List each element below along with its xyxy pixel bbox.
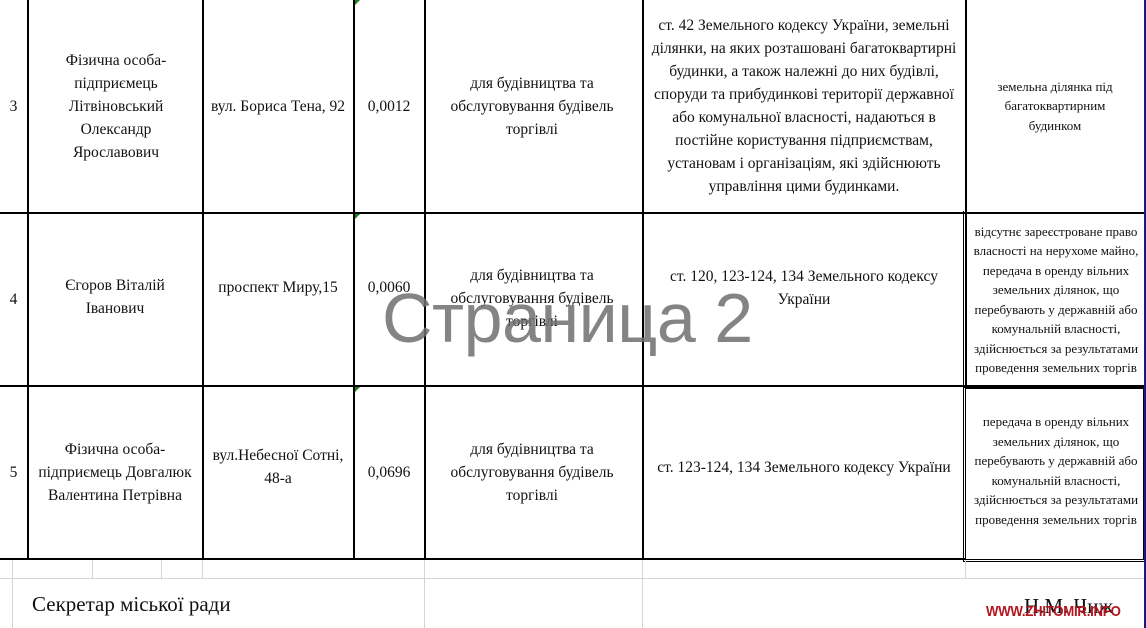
cell-row3-note[interactable]: земельна ділянка під багатоквартирним бу… [966, 0, 1144, 212]
tenant-name: Фізична особа-підприємець Довгалюк Вален… [30, 438, 200, 507]
note-box-row5 [963, 386, 1146, 562]
cell-row5-address[interactable]: вул.Небесної Сотні, 48-а [203, 388, 353, 558]
cell-row3-legal[interactable]: ст. 42 Земельного кодексу України, земел… [646, 0, 962, 212]
cell-row3-name[interactable]: Фізична особа-підприємець Літвіновський … [36, 0, 196, 212]
gridline [965, 560, 966, 578]
gridline [202, 560, 203, 578]
cell-row3-purpose[interactable]: для будівництва та обслуговування будіве… [432, 0, 632, 212]
address: проспект Миру,15 [218, 276, 337, 299]
gridline [424, 560, 425, 628]
area-value: 0,0696 [368, 461, 411, 484]
row-border [0, 558, 966, 560]
tenant-name: Фізична особа-підприємець Літвіновський … [36, 49, 196, 164]
cell-comment-marker [355, 214, 360, 219]
row-number: 3 [10, 95, 18, 118]
cell-row4-name[interactable]: Єгоров Віталій Іванович [40, 214, 190, 385]
row-number: 5 [10, 461, 18, 484]
address: вул.Небесної Сотні, 48-а [203, 444, 353, 490]
legal-basis: ст. 42 Земельного кодексу України, земел… [646, 14, 962, 198]
cell-row5-legal[interactable]: ст. 123-124, 134 Земельного кодексу Укра… [650, 388, 958, 558]
cell-row4-num[interactable]: 4 [0, 214, 27, 385]
gridline [0, 578, 1144, 579]
cell-row5-num[interactable]: 5 [0, 388, 27, 558]
page-watermark: Страница 2 [382, 283, 753, 353]
spreadsheet-page: 3 Фізична особа-підприємець Літвіновськи… [0, 0, 1146, 628]
cell-row3-address[interactable]: вул. Бориса Тена, 92 [203, 0, 353, 212]
cell-row4-address[interactable]: проспект Миру,15 [203, 214, 353, 385]
cell-row3-num[interactable]: 3 [0, 0, 27, 212]
purpose: для будівництва та обслуговування будіве… [432, 438, 632, 507]
legal-basis: ст. 123-124, 134 Земельного кодексу Укра… [657, 456, 950, 479]
note: земельна ділянка під багатоквартирним бу… [984, 77, 1126, 136]
gridline [92, 560, 93, 578]
cell-row5-purpose[interactable]: для будівництва та обслуговування будіве… [432, 388, 632, 558]
gridline [12, 560, 13, 628]
tenant-name: Єгоров Віталій Іванович [40, 274, 190, 320]
purpose: для будівництва та обслуговування будіве… [432, 72, 632, 141]
row-number: 4 [10, 288, 18, 311]
cell-row3-area[interactable]: 0,0012 [354, 0, 424, 212]
area-value: 0,0012 [368, 95, 411, 118]
cell-row5-area[interactable]: 0,0696 [354, 388, 424, 558]
column-border [27, 0, 29, 559]
cell-row5-name[interactable]: Фізична особа-підприємець Довгалюк Вален… [30, 388, 200, 558]
address: вул. Бориса Тена, 92 [211, 95, 345, 118]
signatory-position: Секретар міської ради [32, 594, 231, 615]
cell-comment-marker [355, 387, 360, 392]
row-border [0, 385, 966, 387]
column-border [353, 0, 355, 559]
gridline [161, 560, 162, 578]
cell-comment-marker [355, 0, 360, 5]
column-border [202, 0, 204, 559]
site-watermark: WWW.ZHITOMIR.INFO [986, 603, 1121, 620]
note-box-row4 [963, 211, 1146, 388]
gridline [642, 560, 643, 628]
